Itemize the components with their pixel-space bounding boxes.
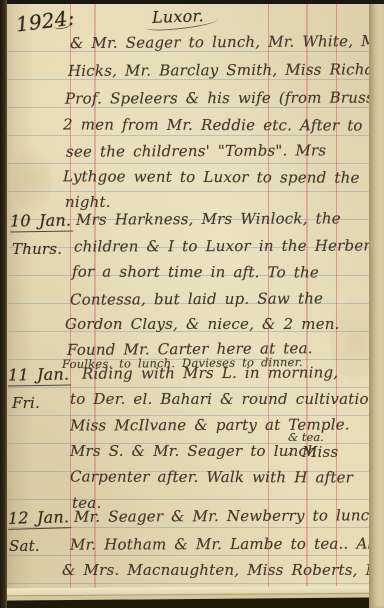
diary-line: Gordon Clays, & niece, & 2 men. — [65, 315, 340, 334]
diary-line-continuation: Miss — [302, 443, 338, 462]
diary-line: Mr. Seager & Mr. Newberry to lunch. — [74, 506, 384, 527]
entry-day: Sat. — [9, 537, 40, 556]
entry-date: 12 Jan. — [8, 507, 72, 530]
diary-line: see the childrens' "Tombs". Mrs — [66, 141, 326, 161]
scan-background-top — [0, 0, 384, 4]
diary-line: Mrs Harkness, Mrs Winlock, the — [76, 209, 341, 229]
diary-line: for a short time in aft. To the — [72, 263, 319, 283]
entry-day: Thurs. — [12, 240, 62, 259]
binding-edge — [0, 0, 7, 608]
diary-line: & Mrs. Macnaughten, Miss Roberts, Miss — [62, 561, 384, 580]
diary-page-scan: 1924: Luxor. & Mr. Seager to lunch, Mr. … — [0, 0, 384, 608]
age-spot — [12, 150, 52, 210]
diary-line: Hicks, Mr. Barclay Smith, Miss Richardso… — [68, 60, 384, 81]
diary-line: Carpenter after. Walk with H after — [70, 468, 353, 488]
entry-day: Fri. — [12, 394, 40, 413]
diary-line: Mr. Hotham & Mr. Lambe to tea.. Also Mr. — [70, 534, 384, 554]
entry-date: 10 Jan. — [10, 210, 74, 232]
diary-line: Riding with Mrs L. in morning, — [82, 363, 338, 383]
diary-line: Contessa, but laid up. Saw the — [70, 289, 323, 309]
diary-line: Prof. Speleers & his wife (from Brussels… — [65, 88, 384, 108]
interline-insertion: & tea. — [288, 430, 324, 444]
diary-line: 2 men from Mr. Reddie etc. After to — [63, 115, 363, 135]
diary-line: to Der. el. Bahari & round cultivation. — [70, 390, 384, 409]
diary-line: children & I to Luxor in the Herbert — [74, 236, 377, 256]
next-page-sliver — [369, 0, 384, 608]
entry-date: 11 Jan. — [8, 364, 72, 386]
diary-line: night. — [65, 193, 111, 212]
diary-line: & Mr. Seager to lunch, Mr. White, Mr. — [70, 32, 384, 53]
diary-line: Mrs S. & Mr. Seager to lunch — [70, 442, 317, 461]
diary-line: Lythgoe went to Luxor to spend the — [63, 167, 360, 188]
insertion-caret: ^ — [286, 452, 294, 463]
